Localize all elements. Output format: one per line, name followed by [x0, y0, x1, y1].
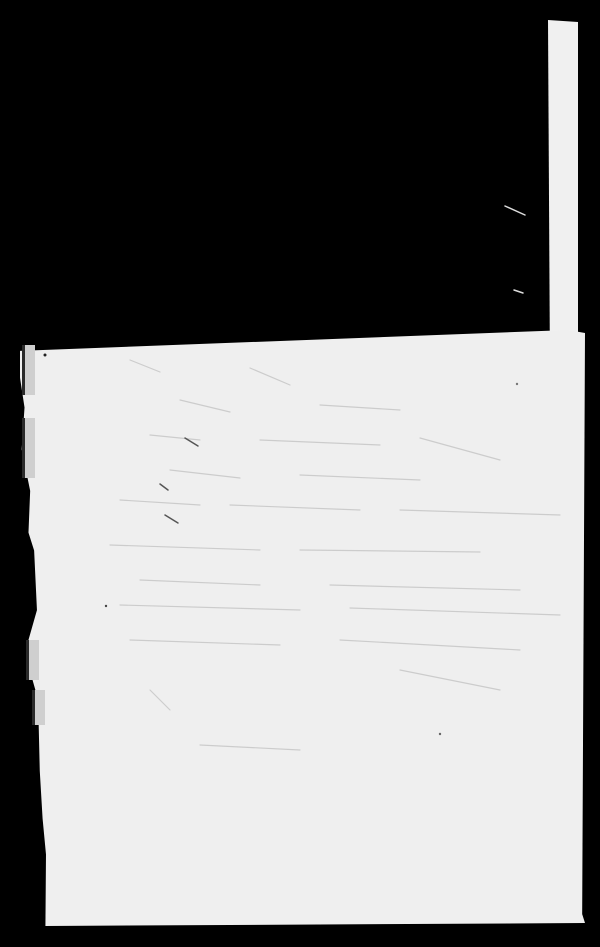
faint-handwriting	[0, 0, 600, 947]
